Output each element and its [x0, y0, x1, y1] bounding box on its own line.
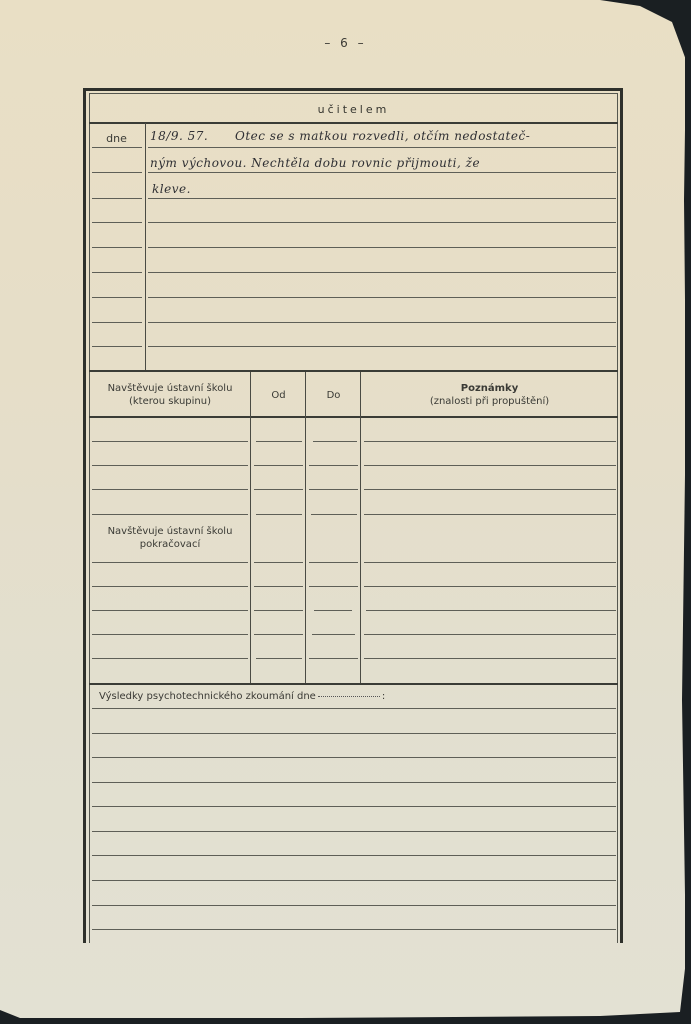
psychotech-label-text: Výsledky psychotechnického zkoumání dne — [99, 691, 316, 702]
date-blank-field[interactable] — [318, 696, 380, 697]
from-column-header: Od — [251, 389, 306, 402]
psychotech-label: Výsledky psychotechnického zkoumání dne: — [99, 690, 385, 703]
date-column-divider — [145, 123, 146, 371]
divider — [89, 683, 618, 685]
divider — [89, 122, 618, 124]
continuation-school-label: Navštěvuje ústavní školu pokračovací — [89, 525, 251, 551]
notes-column-header: Poznámky (znalosti při propuštění) — [361, 382, 618, 408]
handwritten-date: 18/9. 57. — [150, 129, 208, 143]
continuation-label-line-2: pokračovací — [89, 538, 251, 551]
label-colon: : — [382, 691, 385, 702]
notes-column-sublabel: (znalosti při propuštění) — [361, 395, 618, 408]
to-column-header: Do — [306, 389, 361, 402]
page-number: – 6 – — [0, 36, 691, 50]
handwritten-line-1: Otec se s matkou rozvedli, otčím nedosta… — [235, 129, 530, 143]
notes-column-label: Poznámky — [361, 382, 618, 395]
column-divider — [360, 372, 361, 683]
continuation-label-line-1: Navštěvuje ústavní školu — [89, 525, 251, 538]
school-column-header: Navštěvuje ústavní školu (kterou skupinu… — [89, 382, 251, 408]
school-column-label: Navštěvuje ústavní školu — [89, 382, 251, 395]
handwritten-line-2: ným výchovou. Nechtěla dobu rovnic přijm… — [150, 156, 480, 170]
column-divider — [305, 372, 306, 683]
form-inner-border — [89, 93, 618, 943]
handwritten-line-3: kleve. — [152, 182, 191, 196]
divider — [89, 416, 618, 418]
divider — [89, 370, 618, 372]
school-column-sublabel: (kterou skupinu) — [89, 395, 251, 408]
teacher-section-title: učitelem — [89, 103, 618, 116]
date-label: dne — [89, 132, 144, 145]
